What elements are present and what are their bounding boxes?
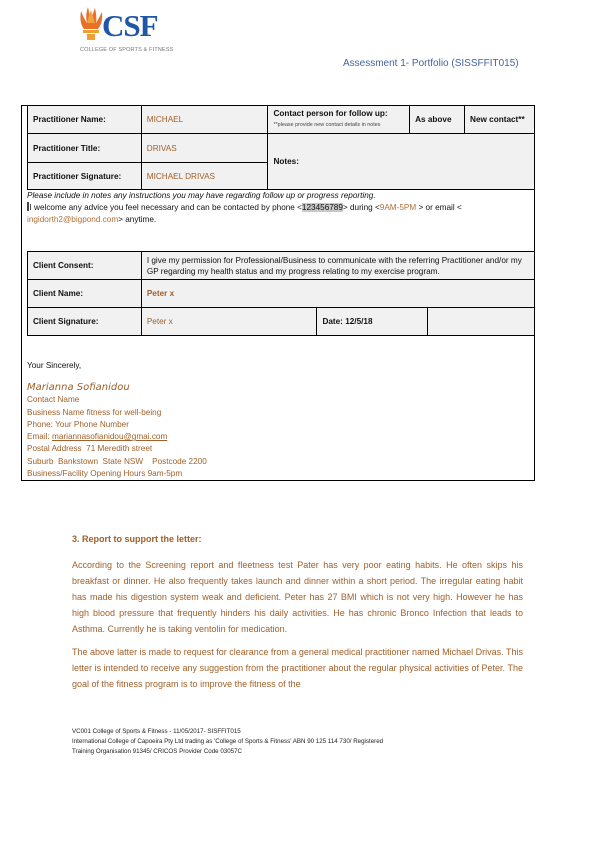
footer-line-3: Training Organisation 91345/ CRICOS Prov… <box>72 747 383 757</box>
client-name-field[interactable]: Peter x <box>141 280 534 308</box>
signoff-email-link[interactable]: mariannasofianidou@gmai.com <box>52 432 167 441</box>
signoff-opening-hours: Business/Facility Opening Hours 9am-5pm <box>27 468 427 480</box>
practitioner-title-field[interactable]: DRIVAS <box>141 134 268 163</box>
report-paragraph-1: According to the Screening report and fl… <box>72 557 523 637</box>
client-signature-field[interactable]: Peter x <box>141 308 317 336</box>
signatory-name: Marianna Sofianidou <box>27 381 427 394</box>
email-label: Email: <box>27 432 52 441</box>
footer-line-1: VC001 College of Sports & Fitness - 11/0… <box>72 727 383 737</box>
practitioner-signature-label: Practitioner Signature: <box>28 163 142 190</box>
practitioner-name-label: Practitioner Name: <box>28 106 142 134</box>
contact-anytime: > anytime. <box>118 215 156 224</box>
client-table: Client Consent: I give my permission for… <box>27 251 535 336</box>
client-extra-cell[interactable] <box>428 308 535 336</box>
as-above-option[interactable]: As above <box>410 106 465 134</box>
signoff-postal-address: Postal Address 71 Meredith street <box>27 443 427 455</box>
practitioner-title-label: Practitioner Title: <box>28 134 142 163</box>
signoff-suburb: Suburb Bankstown State NSW Postcode 2200 <box>27 456 427 468</box>
closing-text: Your Sincerely, <box>27 360 427 372</box>
footer-line-2: International College of Capoeira Pty Lt… <box>72 737 383 747</box>
phone-number: 123456789 <box>302 203 343 212</box>
contact-sentence: I welcome any advice you feel necessary … <box>27 202 532 214</box>
page-footer: VC001 College of Sports & Fitness - 11/0… <box>72 727 383 757</box>
contact-email[interactable]: ingidorth2@bigpond.com <box>27 215 118 224</box>
logo-text: CSF <box>102 9 158 43</box>
college-logo: CSF COLLEGE OF SPORTS & FITNESS <box>78 5 162 57</box>
client-consent-label: Client Consent: <box>28 252 142 280</box>
contact-prefix: I welcome any advice you feel necessary … <box>30 203 302 212</box>
notes-label: Notes: <box>273 157 298 166</box>
contact-person-label: Contact person for follow up: <box>273 109 387 118</box>
notes-instruction-text: Please include in notes any instructions… <box>27 190 532 202</box>
client-signature-label: Client Signature: <box>28 308 142 336</box>
signoff-email-line: Email: mariannasofianidou@gmai.com <box>27 431 427 443</box>
practitioner-table: Practitioner Name: MICHAEL Contact perso… <box>27 105 535 190</box>
signoff-business-name: Business Name fitness for well-being <box>27 407 427 419</box>
signoff-phone: Phone: Your Phone Number <box>27 419 427 431</box>
practitioner-signature-field[interactable]: MICHAEL DRIVAS <box>141 163 268 190</box>
client-date-value: 12/5/18 <box>345 317 372 326</box>
logo-subtitle: COLLEGE OF SPORTS & FITNESS <box>80 47 173 53</box>
signoff-contact-name: Contact Name <box>27 394 427 406</box>
notes-field[interactable]: Notes: <box>268 134 535 190</box>
client-consent-text: I give my permission for Professional/Bu… <box>141 252 534 280</box>
report-heading: 3. Report to support the letter: <box>72 534 202 544</box>
contact-hours: 9AM-5PM <box>380 203 416 212</box>
new-contact-option[interactable]: New contact** <box>465 106 535 134</box>
report-paragraph-2: The above latter is made to request for … <box>72 644 523 692</box>
practitioner-name-field[interactable]: MICHAEL <box>141 106 268 134</box>
contact-or-email: > or email < <box>416 203 462 212</box>
contact-person-note: **please provide new contact details in … <box>273 120 404 130</box>
client-date-label: Date: <box>322 317 342 326</box>
notes-instructions: Please include in notes any instructions… <box>27 190 532 226</box>
contact-person-cell: Contact person for follow up: **please p… <box>268 106 410 134</box>
flame-torch-icon <box>78 5 104 43</box>
assessment-title: Assessment 1- Portfolio (SISSFFIT015) <box>343 58 519 69</box>
contact-during: > during < <box>343 203 380 212</box>
text-cursor <box>27 202 29 211</box>
signoff-block: Your Sincerely, Marianna Sofianidou Cont… <box>27 360 427 480</box>
client-name-label: Client Name: <box>28 280 142 308</box>
client-date-cell[interactable]: Date: 12/5/18 <box>317 308 428 336</box>
contact-email-line: ingidorth2@bigpond.com> anytime. <box>27 214 532 226</box>
